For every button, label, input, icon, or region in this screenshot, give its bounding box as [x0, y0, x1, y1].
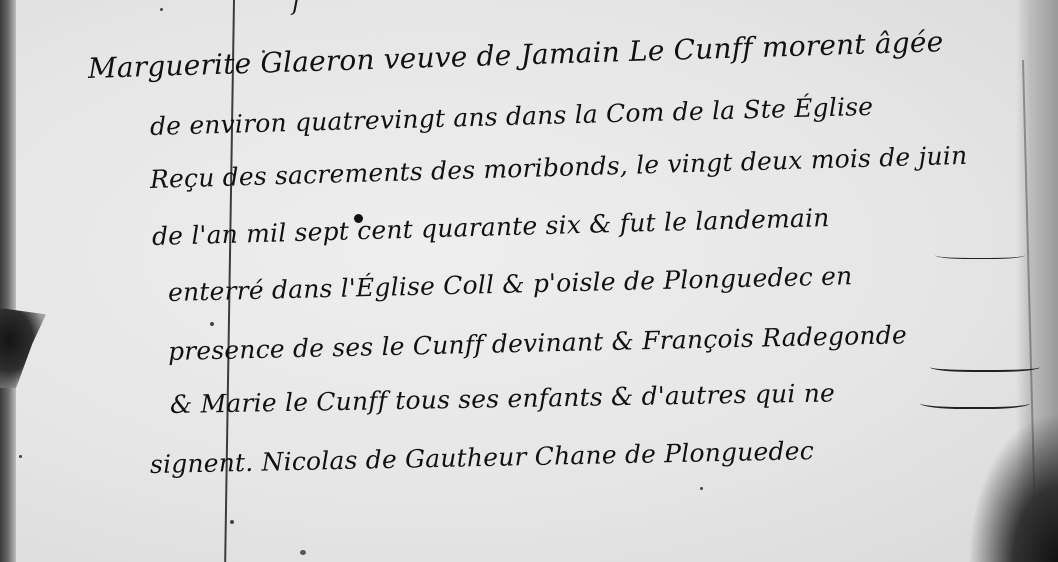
record-line-6: presence de ses le Cunff devinant & Fran… — [168, 320, 908, 366]
book-binding-edge — [0, 0, 16, 562]
line-end-flourish — [930, 360, 1040, 372]
record-line-8-signature: signent. Nicolas de Gautheur Chane de Pl… — [150, 436, 814, 479]
record-line-3: Reçu des sacrements des moribonds, le vi… — [150, 141, 968, 194]
document-page: f Marguerite Glaeron veuve de Jamain Le … — [0, 0, 1058, 562]
line-end-flourish — [935, 250, 1025, 259]
line-end-flourish — [920, 395, 1030, 409]
record-line-2: de environ quatrevingt ans dans la Com d… — [150, 92, 874, 141]
record-line-4: de l'an mil sept cent quarante six & fut… — [152, 203, 830, 251]
ink-speck — [210, 322, 214, 326]
record-line-5: enterré dans l'Église Coll & p'oisle de … — [168, 261, 853, 307]
page-corner-shadow — [968, 412, 1058, 562]
ink-speck — [700, 487, 703, 490]
ink-speck — [230, 520, 234, 524]
ink-speck — [300, 550, 306, 555]
torn-paper-flap — [0, 308, 46, 388]
ink-speck — [160, 8, 163, 11]
record-line-1: Marguerite Glaeron veuve de Jamain Le Cu… — [87, 25, 943, 85]
ink-speck — [19, 455, 22, 458]
record-line-7: & Marie le Cunff tous ses enfants & d'au… — [170, 378, 835, 419]
top-ink-fragment: f — [292, 0, 301, 16]
